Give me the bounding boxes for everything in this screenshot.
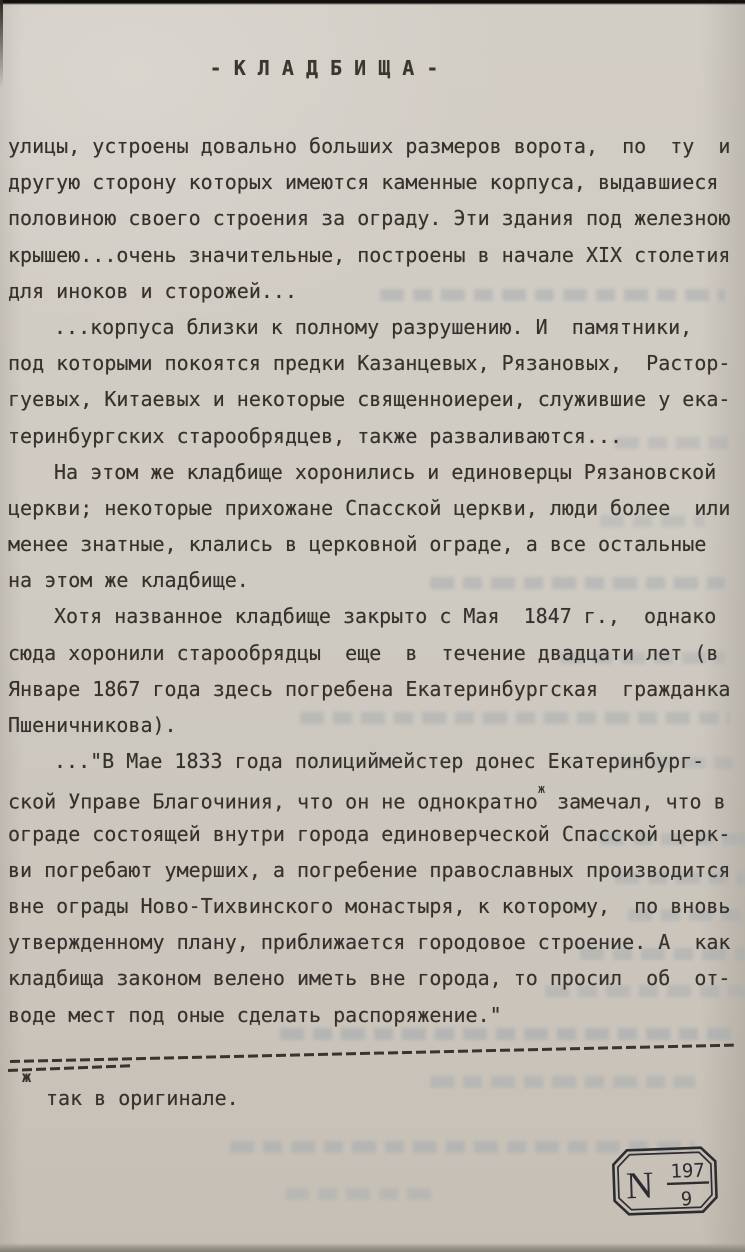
text-line: на этом же кладбище. (8, 562, 740, 598)
text-line: Январе 1867 года здесь погребена Екатери… (8, 671, 740, 707)
text-line: ...корпуса близки к полному разрушению. … (8, 309, 740, 345)
text-line: теринбургских старообрядцев, также разва… (8, 418, 740, 454)
text-line: улицы, устроены довально больших размеро… (8, 128, 740, 164)
text-line: менее знатные, клались в церковной оград… (8, 526, 740, 562)
document-body: улицы, устроены довально больших размеро… (8, 128, 740, 1033)
bleed-through-line (430, 1076, 695, 1088)
bleed-through-line (285, 1188, 435, 1200)
text-line: Пшеничникова). (8, 707, 740, 743)
text-line: ..."В Мае 1833 года полициймейстер донес… (8, 743, 740, 779)
text-line: другую сторону которых имеются каменные … (8, 164, 740, 200)
stamp-numerator: 197 (670, 1160, 705, 1183)
text-line: половиною своего строения за ограду. Эти… (8, 200, 740, 236)
footnote-divider (10, 1044, 734, 1063)
text-line: сюда хоронили старообрядцы еще в течение… (8, 635, 740, 671)
scan-edge-bottom (0, 1243, 745, 1252)
text-line: крышею...очень значительные, построены в… (8, 237, 740, 273)
text-line: церкви; некоторые прихожане Спасской цер… (8, 490, 740, 526)
scanned-document-page: - К Л А Д Б И Щ А - улицы, устроены дова… (0, 0, 745, 1252)
footnote-reference-mark: ж (538, 782, 545, 796)
text-line: ви погребают умерших, а погребение право… (8, 852, 740, 888)
text-line: утвержденному плану, приближается городо… (8, 924, 740, 960)
text-line: гуевых, Китаевых и некоторые священноиер… (8, 381, 740, 417)
scan-edge-top (0, 0, 745, 5)
archive-number-stamp: N 197 9 (611, 1145, 719, 1221)
page-title: - К Л А Д Б И Щ А - (0, 56, 648, 80)
text-line: ской Управе Благочиния, что он не однокр… (8, 779, 740, 815)
text-line: вне ограды Ново-Тихвинского монастыря, к… (8, 888, 740, 924)
footnote-text: так в оригинале. (46, 1086, 239, 1110)
text-line: ограде состоящей внутри города единоверч… (8, 816, 740, 852)
text-line: воде мест под оные сделать распоряжение.… (8, 997, 740, 1033)
text-line: для иноков и сторожей... (8, 273, 740, 309)
text-line: под которыми покоятся предки Казанцевых,… (8, 345, 740, 381)
footnote-mark: ж (22, 1068, 31, 1086)
stamp-letter: N (625, 1164, 654, 1207)
text-line: кладбища законом велено иметь вне города… (8, 960, 740, 996)
stamp-denominator: 9 (680, 1188, 692, 1210)
text-line: Хотя названное кладбище закрыто с Мая 18… (8, 598, 740, 634)
text-line: На этом же кладбище хоронились и единове… (8, 454, 740, 490)
stamp-octagon: N 197 9 (611, 1145, 719, 1217)
